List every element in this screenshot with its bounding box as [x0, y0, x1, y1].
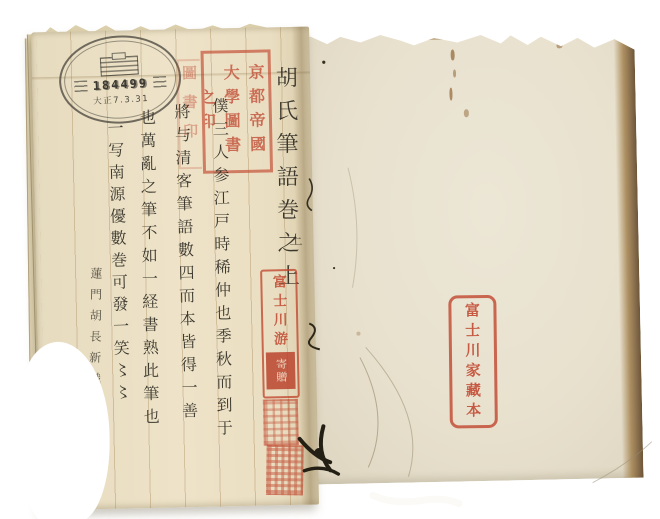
binding-edge [613, 36, 643, 478]
fujikawa-collection-seal: 富士川家藏本 [448, 295, 498, 429]
stamp-hatch-left [74, 80, 88, 92]
fujikawa-donation-seal: 富士川游 寄贈 [260, 269, 300, 399]
photo-backdrop: 富士川家藏本 184499 大正7.3.31 京都帝國大學圖書之印 圖書印 胡氏… [0, 0, 660, 519]
stain-spot [356, 332, 360, 336]
library-crest-icon [100, 55, 139, 76]
accession-number: 184499 [92, 75, 148, 92]
back-cover-page: 富士川家藏本 [300, 26, 643, 485]
stain-spot [556, 43, 562, 48]
donation-seal-text: 富士川游 [269, 271, 291, 350]
stamp-hatch-right [153, 76, 167, 88]
accession-date: 大正7.3.31 [93, 91, 150, 106]
text-column: 也萬亂之筆不如一経書熟此筆也 [135, 109, 163, 489]
paper-sliver [373, 494, 459, 506]
text-column: 一写南源優數巻可發一笑〻〻 [103, 119, 135, 440]
stamp-number-row: 184499 [74, 74, 166, 93]
donation-seal-block: 寄贈 [266, 352, 296, 390]
stain-smear [412, 29, 458, 40]
stain-spot [449, 88, 452, 101]
stain-spot [451, 50, 455, 61]
small-square-seal [263, 399, 299, 446]
stain-spot [464, 109, 469, 117]
library-accession-stamp: 184499 大正7.3.31 [57, 32, 184, 127]
stain-spot [453, 69, 456, 77]
manuscript-book: 富士川家藏本 184499 大正7.3.31 京都帝國大學圖書之印 圖書印 胡氏… [23, 12, 653, 517]
small-square-seal [266, 445, 304, 496]
